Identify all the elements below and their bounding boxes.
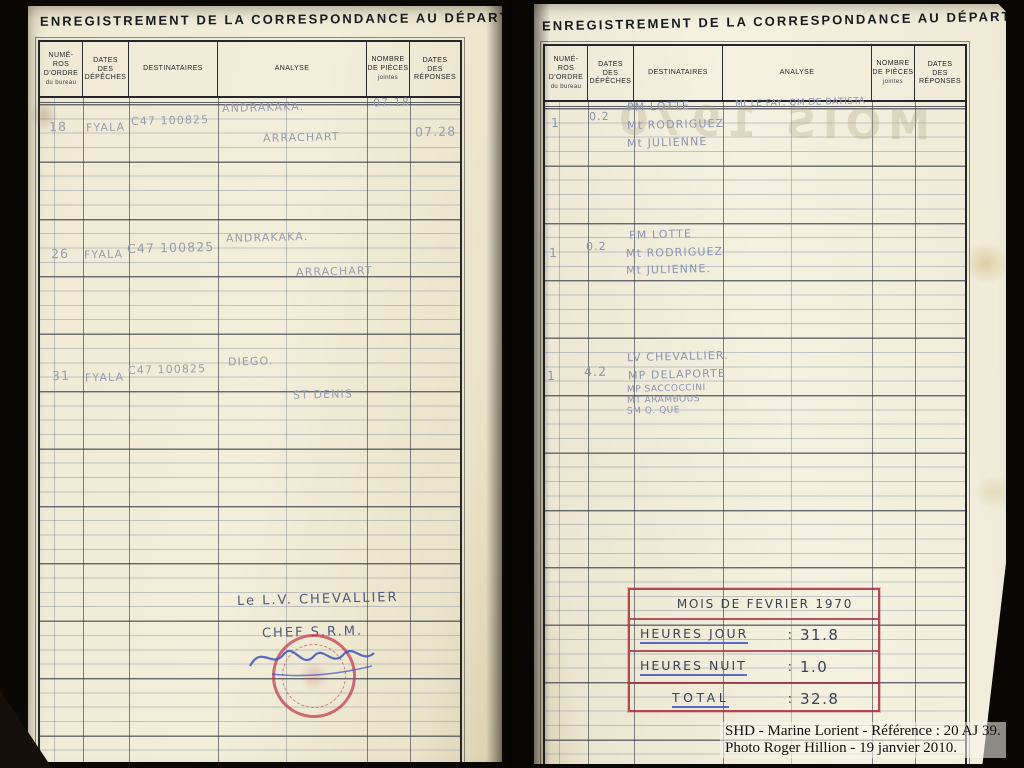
hw-right-e1-dest1: PM LOTTE [627,99,690,114]
hw-left-e1-analyse-haut: ANDRAKAKA. [222,100,305,115]
column-header-analyse: ANALYSE [218,42,367,96]
summary-label: HEURES JOUR [640,626,748,644]
paper-stain [962,242,1006,284]
ruled-line [410,98,411,762]
column-header-dates-depeches: DATES DES DÉPÊCHES [83,42,129,96]
summary-label: TOTAL [672,690,729,708]
column-header-nombre-pieces: NOMBRE DE PIÈCES jointes [367,42,410,96]
column-header-numeros: NUMÉ- ROS D'ORDRE du bureau [545,46,588,100]
summary-title: MOIS DE FEVRIER 1970 [630,590,878,618]
hw-left-e3-numero: 31 [52,368,70,383]
column-header-dates-depeches: DATES DES DÉPÊCHES [588,46,634,100]
hw-right-e3-dest2: MP DELAPORTE [628,367,726,382]
hw-right-e3-dest1: LV CHEVALLIER. [627,349,729,364]
hw-right-e3-numero: 1 [547,368,556,383]
hw-left-e3-depeche: FYALA [85,371,124,385]
hw-left-e1-analyse-bas: ARRACHART [263,130,340,145]
summary-label: HEURES NUIT [640,658,747,676]
hw-left-e1-depeche: FYALA [86,121,125,135]
hw-left-e1-reponse: 07.28 [415,123,457,139]
register-right-page: ENREGISTREMENT DE LA CORRESPONDANCE AU D… [534,4,1006,764]
hw-right-e1-dest3: Mt JULIENNE [627,135,708,150]
summary-row-heures-jour: HEURES JOUR : 31.8 [630,618,878,650]
hw-right-e3-dest4: MT ARAMBOUS [627,394,700,406]
caption-line1: SHD - Marine Lorient - Référence : 20 AJ… [725,723,1001,740]
column-header-numeros: NUMÉ- ROS D'ORDRE du bureau [40,42,83,96]
hw-right-e3-depeche: 4.2 [584,364,608,380]
caption-line2: Photo Roger Hillion - 19 janvier 2010. [725,740,1001,757]
summary-colon: : [788,692,792,707]
paper-stain [974,474,1006,510]
monthly-hours-summary-box: MOIS DE FEVRIER 1970 HEURES JOUR : 31.8 … [628,588,880,712]
hw-left-e3-analyse-bas: ST DENIS [293,387,353,401]
hw-left-e2-destinataire: C47 100825 [127,239,215,256]
archive-caption: SHD - Marine Lorient - Référence : 20 AJ… [720,722,1006,758]
register-left-page: ENREGISTREMENT DE LA CORRESPONDANCE AU D… [28,6,502,762]
column-header-analyse: ANALYSE [723,46,872,100]
hw-right-e3-dest5: SM Q. QUE [627,405,680,416]
hw-right-e2-dest1: PM LOTTE [629,227,692,242]
hw-left-e2-analyse-bas: ARRACHART [296,264,373,279]
left-table-header: NUMÉ- ROS D'ORDRE du bureau DATES DES DÉ… [40,42,460,98]
summary-value: 1.0 [800,658,878,676]
hw-right-e2-dest3: Mt JULIENNE. [626,262,711,277]
hw-left-e1-numero: 18 [49,119,67,134]
hw-left-e2-depeche: FYALA [84,248,123,262]
hw-right-e3-dest3: MP SACCOCCINI [627,383,706,395]
hw-right-e1-dest2: Mt RODRIGUEZ [627,117,725,132]
ruled-line [915,102,916,764]
summary-value: 31.8 [800,626,878,644]
ruled-line [54,98,55,762]
column-header-dates-reponses: DATES DES RÉPONSES [410,42,460,96]
column-header-dates-reponses: DATES DES RÉPONSES [915,46,965,100]
hw-left-e1-destinataire: C47 100825 [131,113,209,128]
hw-right-e2-numero: 1 [549,245,558,260]
hw-left-e3-destinataire: C47 100825 [128,362,206,377]
hw-left-e2-numero: 26 [51,246,69,261]
column-header-destinataires: DESTINATAIRES [129,42,218,96]
hw-right-e2-depeche: 0.2 [586,240,607,254]
ruled-line [588,102,589,764]
hw-left-e1-pieces: 07.18 [373,96,410,110]
left-page-title: ENREGISTREMENT DE LA CORRESPONDANCE AU D… [40,10,470,29]
right-page-title: ENREGISTREMENT DE LA CORRESPONDANCE AU D… [542,9,972,33]
hw-right-e1-numero: 1 [551,115,560,130]
hw-right-e1-depeche: 0.2 [589,110,610,124]
ruled-line [129,98,130,762]
ruled-line [83,98,84,762]
summary-row-total: TOTAL : 32.8 [630,682,878,714]
column-header-destinataires: DESTINATAIRES [634,46,723,100]
hw-left-e3-analyse-haut: DIEGO. [228,354,274,368]
ruled-line [559,102,560,764]
register-photo: ENREGISTREMENT DE LA CORRESPONDANCE AU D… [0,0,1024,768]
hw-right-e2-dest2: Mt RODRIGUEZ [626,245,724,260]
summary-value: 32.8 [800,690,878,708]
hw-left-e2-analyse-haut: ANDRAKAKA. [226,230,309,245]
ruled-line [218,98,219,762]
blue-signature [244,636,386,680]
summary-colon: : [788,628,792,643]
summary-row-heures-nuit: HEURES NUIT : 1.0 [630,650,878,682]
right-table-header: NUMÉ- ROS D'ORDRE du bureau DATES DES DÉ… [545,46,965,102]
column-header-nombre-pieces: NOMBRE DE PIÈCES jointes [872,46,915,100]
summary-colon: : [788,660,792,675]
